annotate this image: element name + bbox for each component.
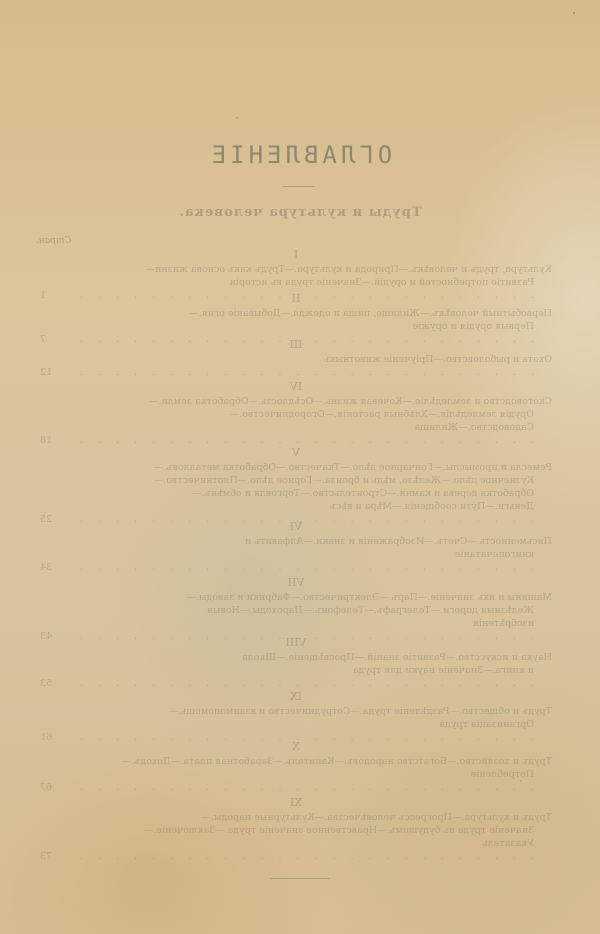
entry-text-line: Обработка дерева и камня.—Строительство.…	[40, 487, 552, 500]
entry-text-line: Первыя орудія и оружіе	[40, 320, 552, 333]
bottom-divider	[270, 878, 330, 879]
entry-text-line: Развитіе потребностей и орудій.—Значеніе…	[40, 276, 552, 289]
leader-dots-row: . . . . . . . . . . . . . . . . . . . . …	[40, 561, 552, 574]
page-column-label: Стран.	[36, 236, 71, 246]
section-numeral: III	[40, 338, 552, 351]
section-numeral: I	[40, 248, 552, 261]
page-number: 34	[40, 561, 64, 574]
toc-entry: VРемесла и промыслы.—Гончарное дѣло.—Тка…	[40, 446, 552, 526]
paper-speck	[573, 12, 575, 14]
paper-speck	[520, 780, 522, 782]
entry-text-line: изобрѣтенія	[40, 617, 552, 630]
leader-dots-row: . . . . . . . . . . . . . . . . . . . . …	[40, 850, 552, 863]
section-numeral: IX	[40, 690, 552, 703]
page-title: ОГЛАВЛЕНІЕ	[0, 141, 600, 169]
entry-text-line: Ремесла и промыслы.—Гончарное дѣло.—Ткач…	[40, 461, 552, 474]
entry-text-line: Наука и искусство.—Развитіе знаній.—Прос…	[40, 651, 552, 664]
leader-dots-row: . . . . . . . . . . . . . . . . . . . . …	[40, 677, 552, 690]
toc-entry: XIТрудъ и культура.—Прогрессъ человѣчест…	[40, 796, 552, 863]
page-number: 12	[40, 366, 64, 379]
toc-entry: VIIМашины и ихъ значеніе.—Паръ.—Электрич…	[40, 576, 552, 643]
leader-dots-row: . . . . . . . . . . . . . . . . . . . . …	[40, 366, 552, 379]
entry-text-line: Организація труда	[40, 718, 552, 731]
section-numeral: XI	[40, 796, 552, 809]
entry-text-line: Орудія земледѣлія.—Хлѣбныя растенія.—Ого…	[40, 408, 552, 421]
section-numeral: V	[40, 446, 552, 459]
toc-entry: VIПисьменность.—Счетъ.—Изображенія и зна…	[40, 520, 552, 574]
leader-dots-row: . . . . . . . . . . . . . . . . . . . . …	[40, 781, 552, 794]
page-subtitle: Труды и культура человека.	[0, 205, 600, 220]
entry-text-line: Трудъ и хозяйство.—Богатство народовъ.—К…	[40, 755, 552, 768]
toc-entry: VIIIНаука и искусство.—Развитіе знаній.—…	[40, 636, 552, 690]
page-number: 73	[40, 850, 64, 863]
mirrored-document-page: ОГЛАВЛЕНІЕ Труды и культура человека. Ст…	[0, 0, 600, 934]
entry-text-line: Значеніе труда въ будущемъ.—Нравственное…	[40, 824, 552, 837]
entry-text-line: Письменность.—Счетъ.—Изображенія и знаки…	[40, 535, 552, 548]
section-numeral: X	[40, 740, 552, 753]
entry-text-line: и книга.—Значеніе науки для труда	[40, 664, 552, 677]
entry-text-line: Указатель	[40, 837, 552, 850]
entry-text-line: Трудъ и общество.—Раздѣленіе труда.—Сотр…	[40, 705, 552, 718]
toc-entry: IIIОхота и рыболовство.—Пріученіе животн…	[40, 338, 552, 379]
toc-entry: IXТрудъ и общество.—Раздѣленіе труда.—Со…	[40, 690, 552, 744]
title-divider	[283, 186, 315, 187]
toc-entry: XТрудъ и хозяйство.—Богатство народовъ.—…	[40, 740, 552, 794]
section-numeral: II	[40, 292, 552, 305]
entry-text-line: Культура, трудъ и человѣкъ.—Природа и ку…	[40, 263, 552, 276]
entry-text-line: Кузнечное дѣло.—Желѣзо, мѣдь и бронза.—Г…	[40, 474, 552, 487]
entry-text-line: Садоводство.—Жилища	[40, 421, 552, 434]
section-numeral: VI	[40, 520, 552, 533]
entry-text-line: Первобытный человѣкъ.—Жилище, пища и оде…	[40, 307, 552, 320]
entry-text-line: Трудъ и культура.—Прогрессъ человѣчества…	[40, 811, 552, 824]
entry-text-line: Желѣзныя дороги.—Телеграфъ.—Телефонъ.—Па…	[40, 604, 552, 617]
entry-text-line: книгопечатаніе	[40, 548, 552, 561]
paper-speck	[236, 117, 238, 119]
entry-text-line: Охота и рыболовство.—Пріученіе животныхъ	[40, 353, 552, 366]
toc-entry: IVСкотоводство и земледѣліе.—Кочевая жиз…	[40, 380, 552, 447]
page-number: 67	[40, 781, 64, 794]
entry-text-line: Деньги.—Пути сообщенія.—Мѣра и вѣсъ	[40, 500, 552, 513]
section-numeral: VIII	[40, 636, 552, 649]
entry-text-line: Потребленіе	[40, 768, 552, 781]
entry-text-line: Скотоводство и земледѣліе.—Кочевая жизнь…	[40, 395, 552, 408]
entry-text-line: Машины и ихъ значеніе.—Паръ.—Электричест…	[40, 591, 552, 604]
page-number: 53	[40, 677, 64, 690]
section-numeral: VII	[40, 576, 552, 589]
section-numeral: IV	[40, 380, 552, 393]
